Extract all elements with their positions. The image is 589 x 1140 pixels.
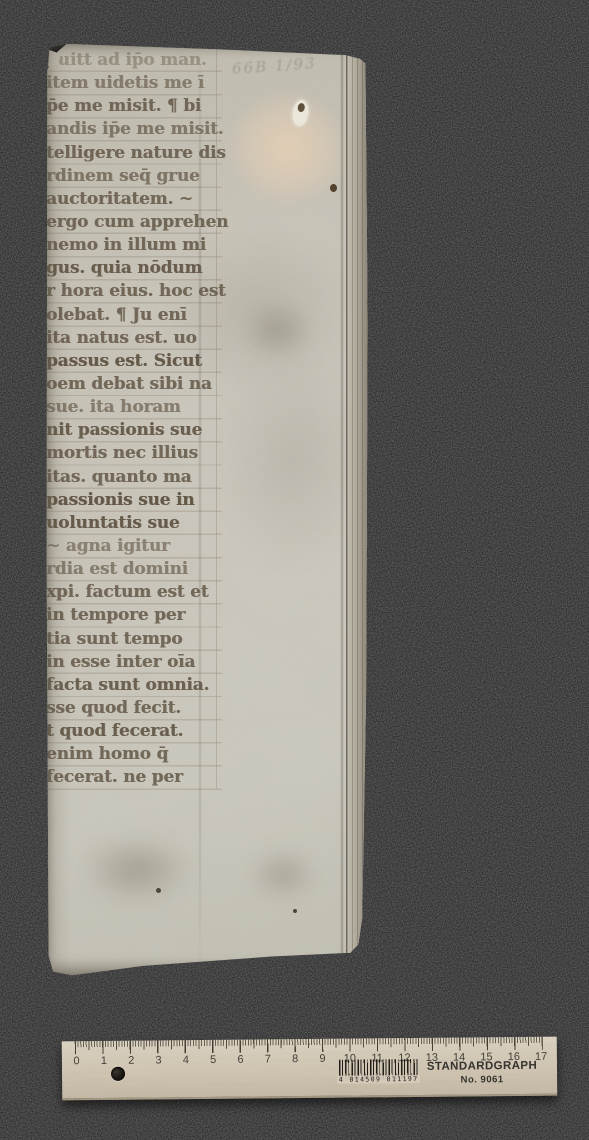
barcode-digits: 4 014509 011197 — [337, 1075, 420, 1084]
ruler: 01234567891011121314151617 4 014509 0111… — [62, 1037, 558, 1101]
manuscript-text-line: oem debat sibi na — [46, 373, 222, 396]
ink-speck — [293, 909, 297, 913]
ruling-vertical-line — [216, 47, 217, 789]
manuscript-text-line: nit passionis sue — [46, 419, 222, 442]
manuscript-text-line: olebat. ¶ Ju enī — [46, 304, 222, 327]
manuscript-text-line: mortis nec illius — [46, 442, 222, 465]
dirt-smudge — [80, 835, 192, 905]
manuscript-text-line: sse quod fecit. — [46, 697, 222, 720]
manuscript-text-line: r hora eius. hoc est — [46, 280, 222, 303]
wormhole-dot — [297, 103, 305, 113]
model-label: No. 9061 — [414, 1074, 550, 1086]
parchment-crease — [199, 43, 201, 979]
dirt-smudge — [248, 848, 318, 900]
manuscript-text-line: enim homo q̄ — [46, 743, 222, 766]
manuscript-text-line: xpi. factum est et — [46, 581, 222, 604]
ruler-number: 3 — [145, 1054, 172, 1067]
wormhole-dot — [330, 184, 337, 192]
manuscript-text-line: ita natus est. uo — [46, 327, 222, 350]
manuscript-text-line: passus est. Sicut — [46, 350, 222, 373]
barcode: 4 014509 011197 — [339, 1059, 419, 1087]
manuscript-text-line: gus. quia nōdum — [46, 257, 222, 280]
ruler-number: 4 — [172, 1054, 199, 1067]
manuscript-text-line: facta sunt omnia. — [46, 674, 222, 697]
manuscript-text-line: rdia est domini — [46, 558, 222, 581]
manuscript-text-line: rdinem seq̄ grue — [46, 165, 222, 188]
manuscript-text-line: in esse inter oīa — [46, 651, 222, 674]
photo-stage: buitt ad ip̄o man.item uidetis me īp̄e m… — [0, 0, 589, 1140]
manuscript-text-line: andis ip̄e me misit. — [46, 118, 222, 141]
ruler-number: 2 — [118, 1055, 145, 1068]
ruler-number: 8 — [281, 1053, 308, 1066]
manuscript-text-line: t quod fecerat. — [46, 720, 222, 743]
ruler-branding: STANDARDGRAPH No. 9061 — [414, 1060, 550, 1086]
brand-label: STANDARDGRAPH — [414, 1060, 550, 1073]
water-stain — [242, 299, 314, 361]
manuscript-text-line: buitt ad ip̄o man. — [46, 49, 222, 72]
manuscript-text-line: auctoritatem. ~ — [46, 188, 222, 211]
cover-fold-line — [340, 43, 344, 979]
manuscript-text-line: sue. ita horam — [46, 396, 222, 419]
manuscript-text-line: ergo cum apprehen — [46, 211, 222, 234]
manuscript-text-line: uoluntatis sue — [46, 512, 222, 535]
manuscript-text-line: tia sunt tempo — [46, 628, 222, 651]
ruler-number: 9 — [309, 1053, 336, 1066]
manuscript-text-line: fecerat. ne per — [46, 766, 222, 789]
manuscript-text-block: buitt ad ip̄o man.item uidetis me īp̄e m… — [46, 49, 222, 793]
manuscript-text-line: item uidetis me ī — [46, 72, 222, 95]
ruler-number: 0 — [63, 1055, 90, 1068]
ruler-number: 5 — [199, 1054, 226, 1067]
ink-speck — [156, 888, 161, 893]
manuscript-text-line: ~ agna igitur — [46, 535, 222, 558]
ruler-number: 6 — [227, 1054, 254, 1067]
ruler-number: 7 — [254, 1053, 281, 1066]
manuscript-text-line: telligere nature dis — [46, 142, 222, 165]
manuscript-text-line: nemo in illum mi — [46, 234, 222, 257]
ruler-hole — [111, 1067, 125, 1081]
manuscript-text-line: itas. quanto ma — [46, 466, 222, 489]
ruler-number: 1 — [90, 1055, 117, 1068]
manuscript-text-line: in tempore per — [46, 604, 222, 627]
manuscript-text-line: p̄e me misit. ¶ bi — [46, 95, 222, 118]
manuscript-text-line: passionis sue in — [46, 489, 222, 512]
manuscript-book: buitt ad ip̄o man.item uidetis me īp̄e m… — [46, 43, 368, 979]
